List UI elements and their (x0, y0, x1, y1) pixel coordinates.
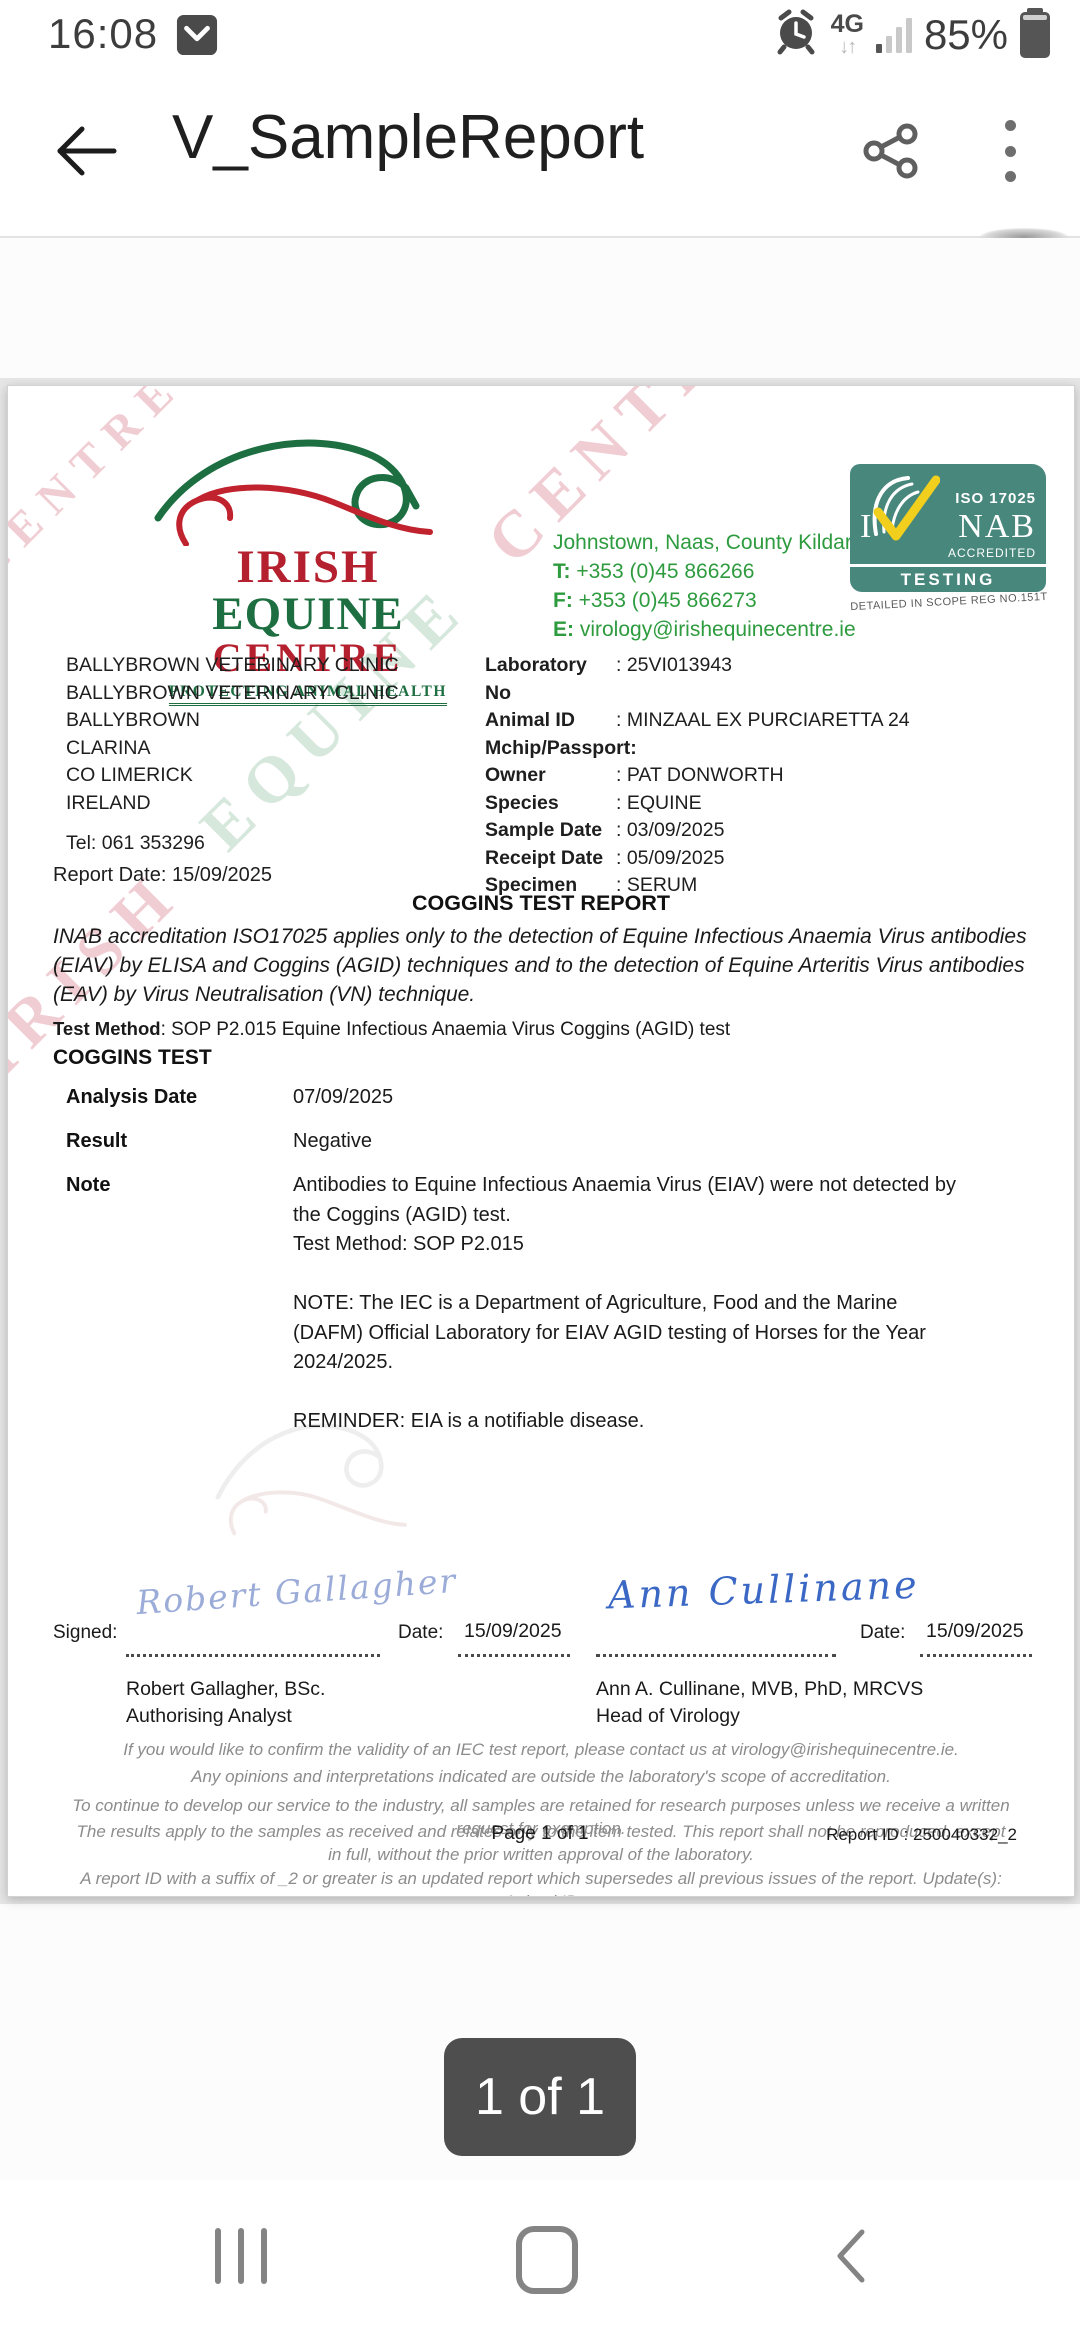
date-label: Date: (398, 1622, 443, 1644)
email-notification-icon (176, 14, 218, 61)
analysis-date-label: Analysis Date (66, 1086, 197, 1109)
overflow-menu-button[interactable] (1000, 120, 1020, 182)
date-line (920, 1654, 1032, 1657)
signatory-role: Authorising Analyst (126, 1703, 325, 1730)
signatory-name: Robert Gallagher, BSc. (126, 1676, 325, 1703)
signature-date: 15/09/2025 (464, 1620, 562, 1643)
analysis-date-value: 07/09/2025 (293, 1086, 393, 1109)
badge-name-prefix: I (860, 508, 873, 545)
note-line (293, 1381, 956, 1411)
note-line: Test Method: SOP P2.015 (293, 1233, 956, 1263)
note-line: Antibodies to Equine Infectious Anaemia … (293, 1174, 956, 1204)
app-bar: V_SampleReport (0, 66, 1080, 236)
table-row: Sample Date: 03/09/2025 (485, 817, 910, 845)
battery-icon (1020, 12, 1050, 58)
client-address-line: CLARINA (66, 735, 399, 763)
report-id: Report ID : 250040332_2 (826, 1825, 1017, 1845)
badge-name-suffix: NAB (958, 508, 1036, 546)
report-content: IRISH EQUINE CENTRE PROTECTING ANIMAL HE… (8, 386, 1074, 1896)
note-label: Note (66, 1174, 110, 1197)
note-line: REMINDER: EIA is a notifiable disease. (293, 1410, 956, 1440)
client-telephone: Tel: 061 353296 (66, 832, 205, 855)
note-line: (DAFM) Official Laboratory for EIAV AGID… (293, 1322, 956, 1352)
report-title: COGGINS TEST REPORT (8, 891, 1074, 916)
note-line: 2024/2025. (293, 1351, 956, 1381)
back-button[interactable] (52, 118, 122, 184)
network-type-label: 4G (831, 12, 864, 37)
result-label: Result (66, 1130, 127, 1153)
network-arrows-icon: ↓↑ (839, 37, 855, 57)
table-row: Mchip/Passport: (485, 735, 910, 763)
table-row: Animal ID: MINZAAL EX PURCIARETTA 24 (485, 707, 910, 735)
report-date: Report Date: 15/09/2025 (53, 864, 272, 887)
signatory-name-role: Robert Gallagher, BSc. Authorising Analy… (126, 1676, 325, 1730)
signed-label: Signed: (53, 1622, 117, 1644)
alarm-icon (773, 8, 819, 61)
badge-testing-label: TESTING (850, 564, 1046, 592)
client-address-line: CO LIMERICK (66, 762, 399, 790)
document-title: V_SampleReport (172, 102, 644, 173)
client-address-line: BALLYBROWN (66, 707, 399, 735)
signatory-name: Ann A. Cullinane, MVB, PhD, MRCVS (596, 1676, 923, 1703)
note-line: the Coggins (AGID) test. (293, 1204, 956, 1234)
nav-back-button[interactable] (830, 2226, 870, 2291)
table-row: Species: EQUINE (485, 790, 910, 818)
badge-iso-label: ISO 17025 (955, 490, 1036, 507)
table-row: Laboratory No: 25VI013943 (485, 652, 910, 707)
test-method-label: Test Method (53, 1018, 161, 1039)
status-time: 16:08 (48, 10, 158, 58)
page-indicator-toast: 1 of 1 (444, 2038, 636, 2156)
test-method-line: Test Method: SOP P2.015 Equine Infectiou… (53, 1018, 730, 1041)
share-button[interactable] (862, 122, 920, 180)
inab-accreditation-badge: ISO 17025 I NAB ACCREDITED TESTING (850, 464, 1046, 592)
battery-percent: 85% (924, 11, 1008, 59)
lab-email: E: virology@irishequinecentre.ie (553, 615, 939, 644)
logo-line-equine: EQUINE (118, 591, 498, 638)
note-line: NOTE: The IEC is a Department of Agricul… (293, 1292, 956, 1322)
signature-line (126, 1654, 380, 1657)
badge-accredited-label: ACCREDITED (948, 546, 1036, 560)
table-row: Receipt Date: 05/09/2025 (485, 845, 910, 873)
navigation-bar (0, 2180, 1080, 2340)
recents-button[interactable] (215, 2228, 267, 2284)
result-value: Negative (293, 1130, 372, 1153)
disclaimer: Any opinions and interpretations indicat… (68, 1765, 1014, 1788)
test-method-value: : SOP P2.015 Equine Infectious Anaemia V… (161, 1019, 731, 1040)
update-note: A report ID with a suffix of _2 or great… (68, 1867, 1014, 1897)
client-address-line: BALLYBROWN VETERINARY CLINIC (66, 680, 399, 708)
section-title: COGGINS TEST (53, 1046, 212, 1070)
signature-line (596, 1654, 836, 1657)
table-row: Owner: PAT DONWORTH (485, 762, 910, 790)
client-address-line: BALLYBROWN VETERINARY CLINIC (66, 652, 399, 680)
accreditation-note: INAB accreditation ISO17025 applies only… (53, 922, 1033, 1009)
iec-horse-logo-icon (148, 426, 468, 551)
note-line (293, 1263, 956, 1293)
status-bar: 16:08 4G ↓↑ 85% (0, 0, 1080, 66)
signature-date: 15/09/2025 (926, 1620, 1024, 1643)
pdf-viewer[interactable]: IRISH EQUINE CENTRE IRISH EQUINE CENTRE (0, 238, 1080, 2200)
note-text: Antibodies to Equine Infectious Anaemia … (293, 1174, 956, 1440)
badge-name-row: I NAB (860, 508, 1036, 546)
signal-strength-icon (876, 17, 912, 53)
signature-head-of-virology: Ann Cullinane (607, 1563, 920, 1618)
logo-line-irish: IRISH (118, 544, 498, 591)
home-button[interactable] (516, 2226, 578, 2294)
signature-analyst: Robert Gallagher (135, 1561, 458, 1622)
client-address-line: IRELAND (66, 790, 399, 818)
report-page: IRISH EQUINE CENTRE IRISH EQUINE CENTRE (7, 385, 1075, 1897)
date-line (458, 1654, 570, 1657)
signatory-name-role: Ann A. Cullinane, MVB, PhD, MRCVS Head o… (596, 1676, 923, 1730)
client-address-block: BALLYBROWN VETERINARY CLINIC BALLYBROWN … (66, 652, 399, 817)
phone-screen: 16:08 4G ↓↑ 85% (0, 0, 1080, 2340)
sample-details-table: Laboratory No: 25VI013943 Animal ID: MIN… (485, 652, 910, 900)
network-type-indicator: 4G ↓↑ (831, 12, 864, 57)
signatory-role: Head of Virology (596, 1703, 923, 1730)
disclaimer: If you would like to confirm the validit… (68, 1738, 1014, 1761)
date-label: Date: (860, 1622, 905, 1644)
